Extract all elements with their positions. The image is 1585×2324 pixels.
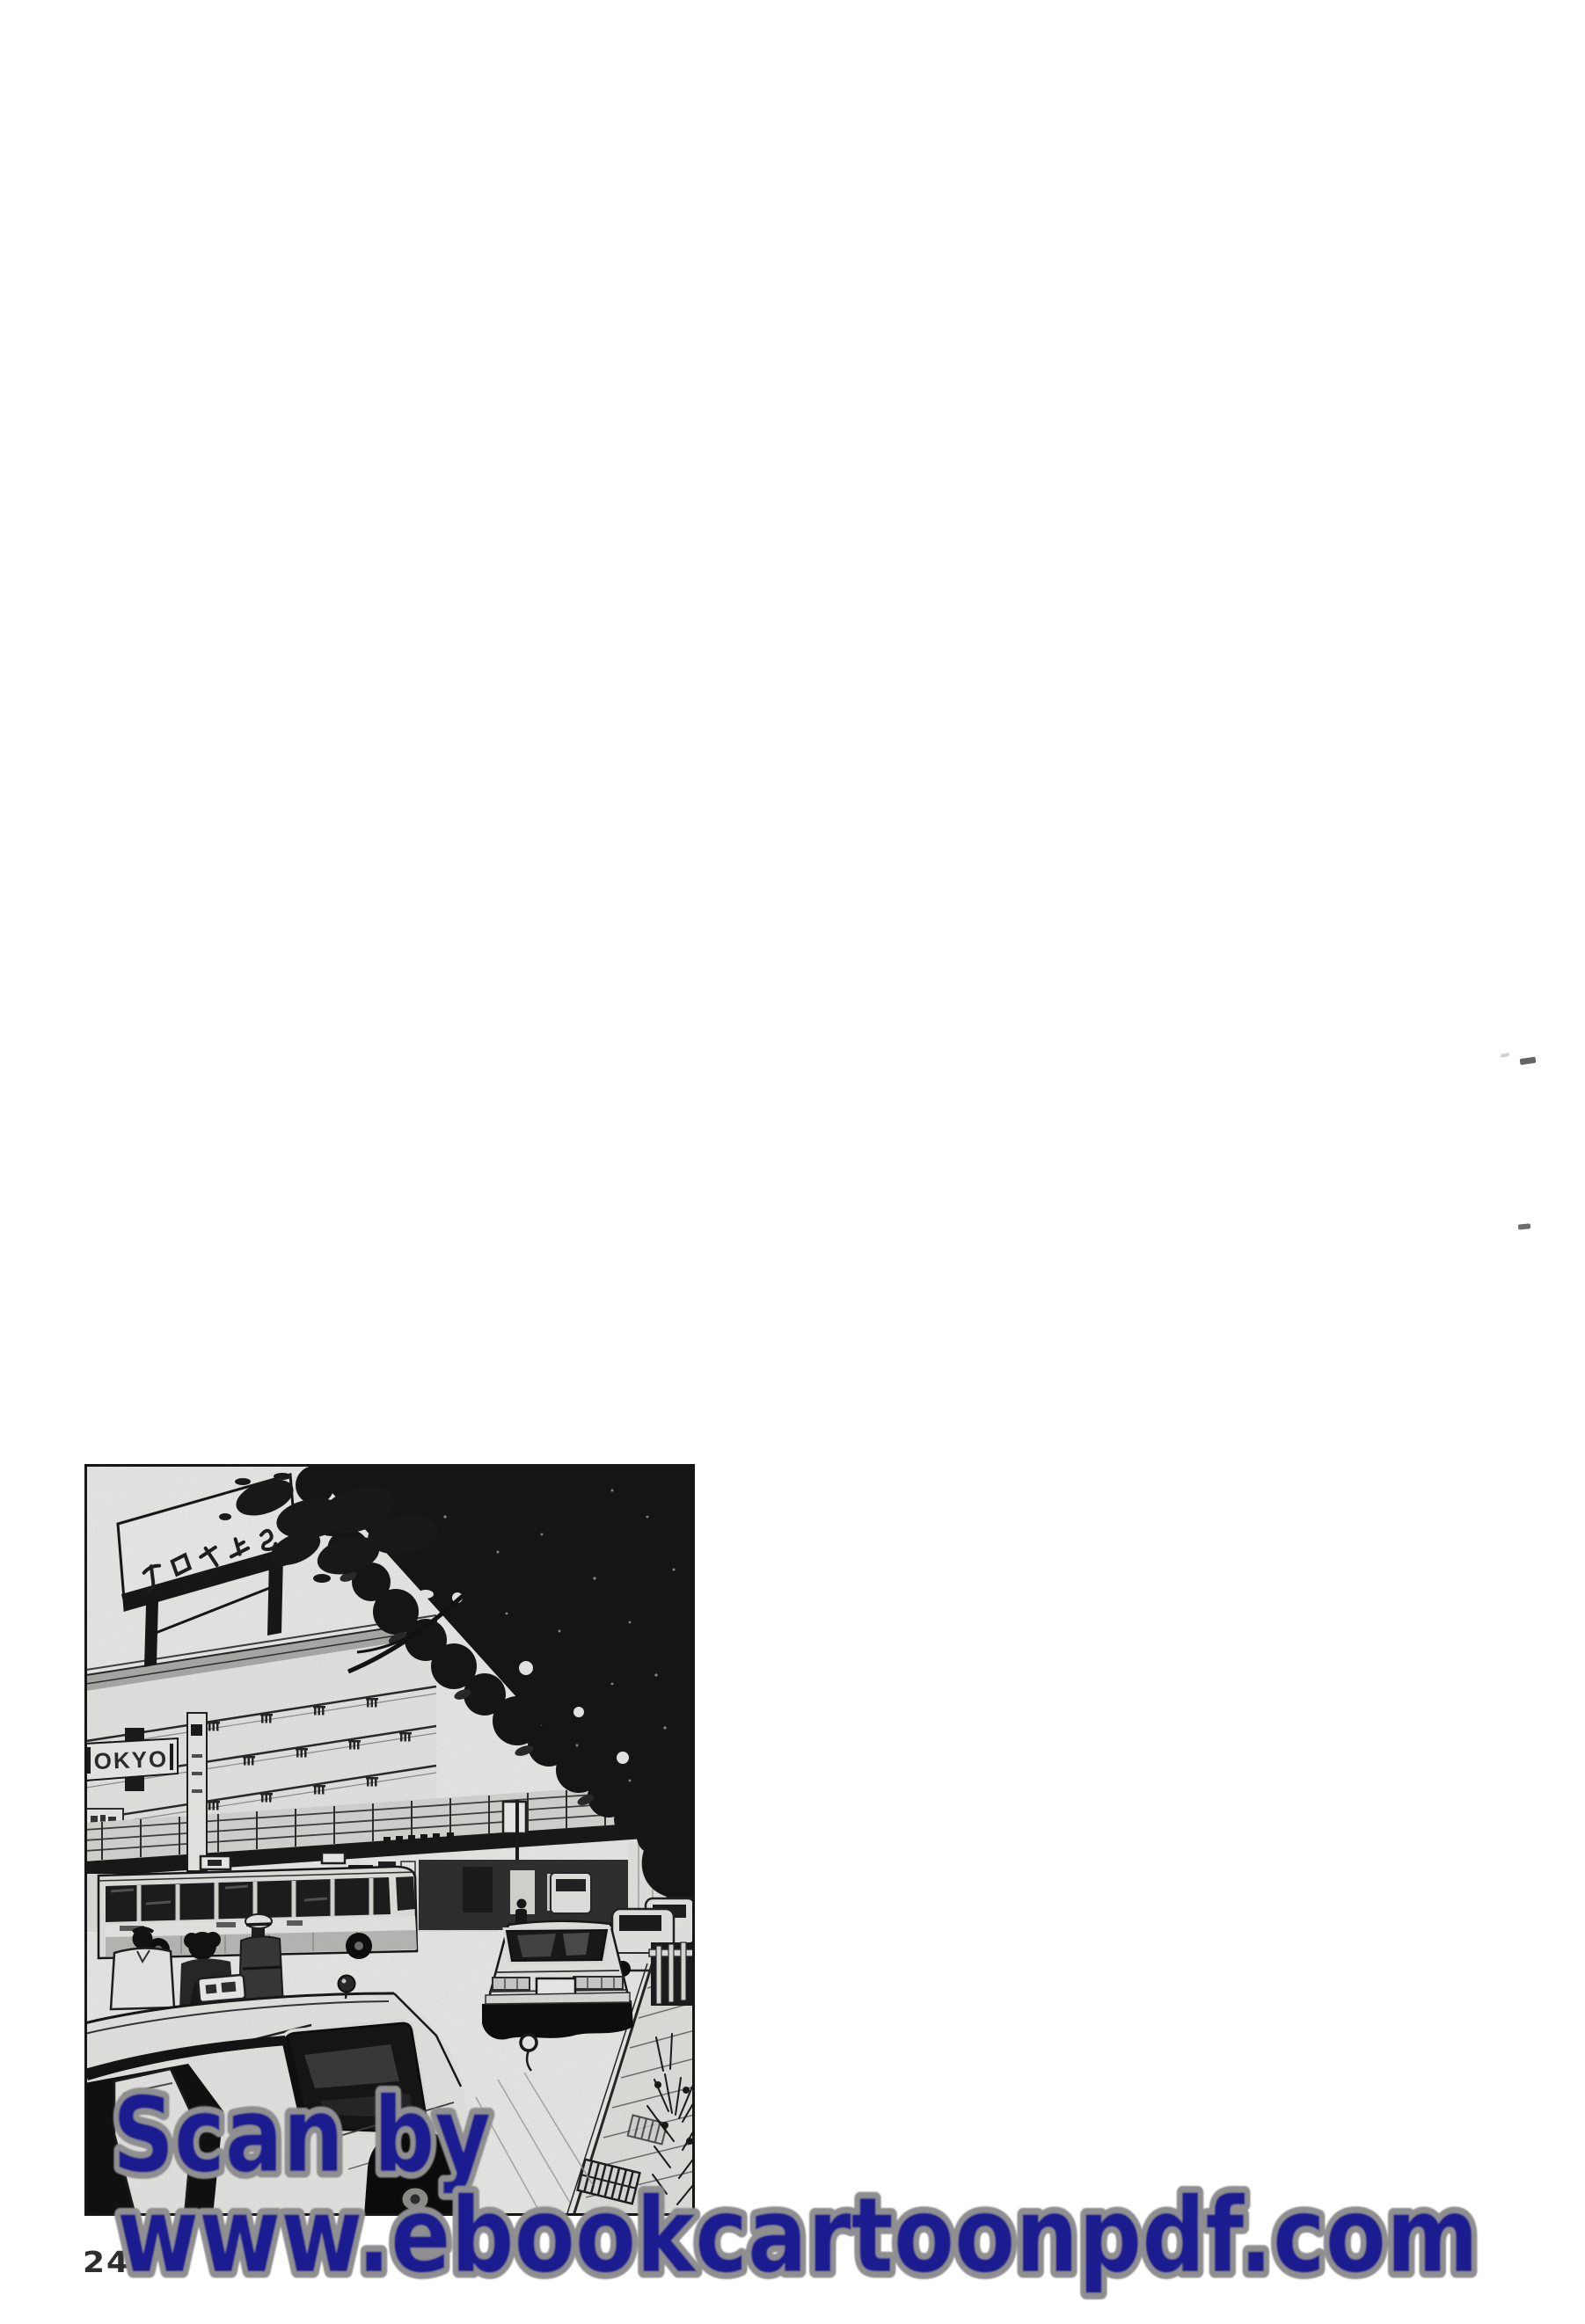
scan-speck xyxy=(1501,1053,1510,1058)
page-number: 24 xyxy=(83,2247,130,2280)
scanned-manga-page: Black-and-white manga panel: street in f… xyxy=(0,0,1585,2324)
scan-speck xyxy=(1518,1223,1531,1229)
manga-panel-illustration: Black-and-white manga panel: street in f… xyxy=(84,1464,695,2216)
scan-grain xyxy=(84,1464,695,2216)
manga-panel: Black-and-white manga panel: street in f… xyxy=(84,1464,695,2216)
scan-speck xyxy=(1520,1057,1537,1065)
